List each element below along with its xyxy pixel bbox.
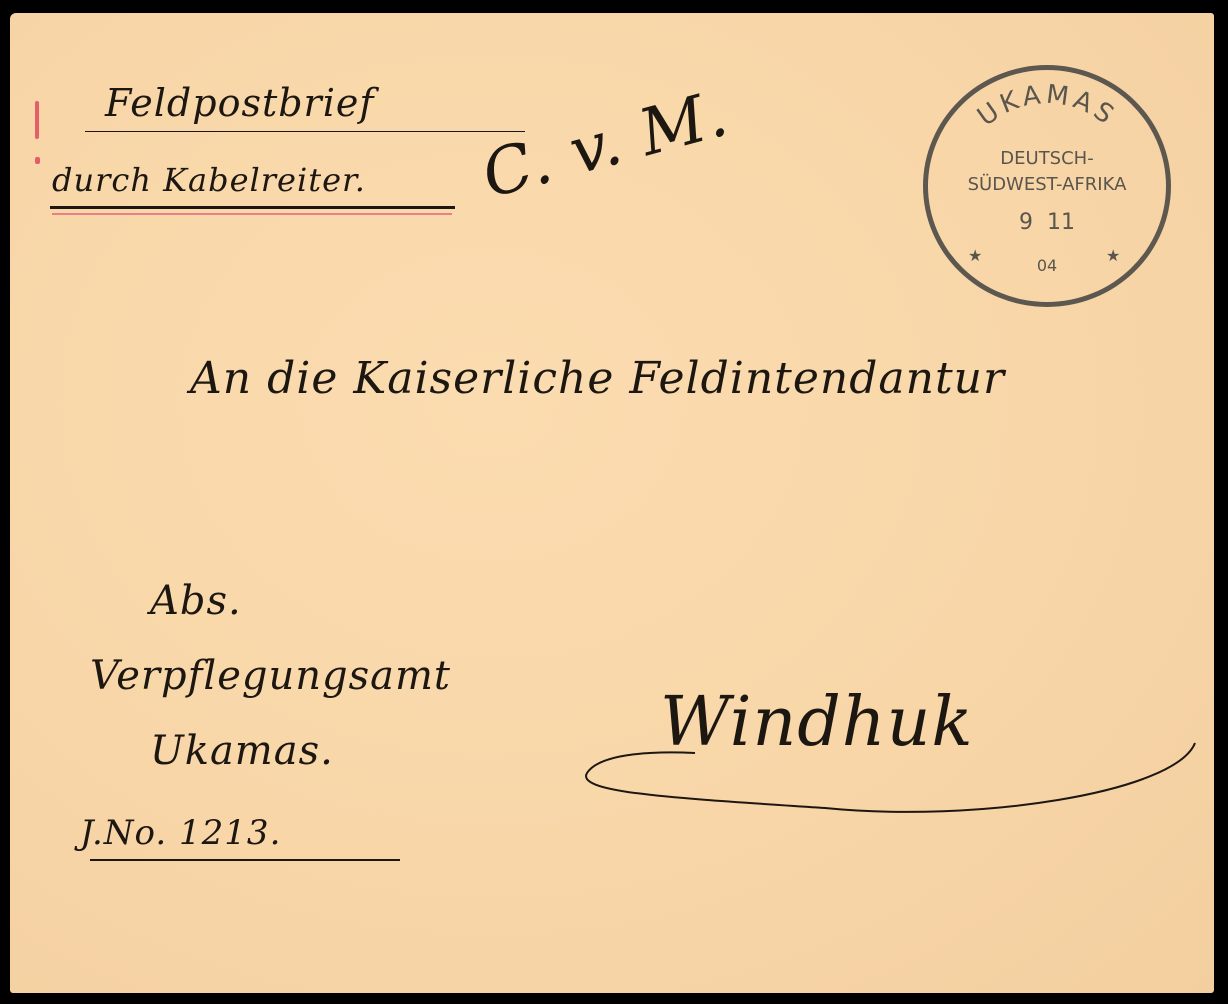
envelope: Feldpostbrief durch Kabelreiter. C. v. M… [10, 13, 1214, 993]
journal-underline [90, 859, 400, 861]
postmark-star-icon: ★ [968, 246, 982, 265]
sender-abs: Abs. [150, 578, 242, 624]
feldpostbrief-annotation: Feldpostbrief [105, 81, 374, 125]
initials-annotation: C. v. M. [475, 77, 736, 213]
journal-number: J.No. 1213. [80, 813, 281, 853]
delivery-annotation: durch Kabelreiter. [52, 161, 366, 199]
sender-town: Ukamas. [150, 728, 334, 774]
postmark: UKAMAS DEUTSCH- SÜDWEST-AFRIKA 9 11 04 ★… [923, 65, 1171, 307]
city-underline-swash [575, 713, 1215, 833]
sender-office: Verpflegungsamt [90, 653, 451, 699]
postmark-star-icon: ★ [1106, 246, 1120, 265]
annotation-underline-1 [85, 131, 525, 132]
annotation-underline-2 [50, 206, 455, 209]
postmark-year: 04 [928, 256, 1166, 275]
postmark-date: 9 11 [928, 210, 1166, 235]
recipient-line: An die Kaiserliche Feldintendantur [190, 353, 1005, 404]
red-crayon-mark [35, 101, 39, 139]
svg-text:UKAMAS: UKAMAS [972, 80, 1122, 133]
postmark-line1: DEUTSCH- [928, 148, 1166, 169]
red-crayon-dot [35, 157, 40, 164]
postmark-line2: SÜDWEST-AFRIKA [928, 174, 1166, 195]
annotation-underline-red [52, 213, 452, 215]
